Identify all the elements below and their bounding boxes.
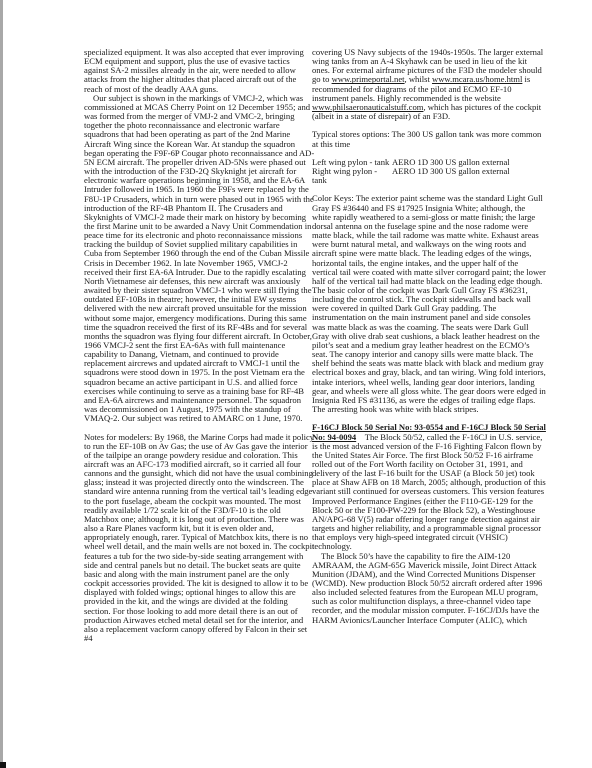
stores-intro: Typical stores options: The 300 US gallo… [312, 130, 546, 148]
paragraph-modeler-notes: Notes for modelers: By 1968, the Marine … [84, 433, 316, 644]
paragraph-color-keys: Color Keys: The exterior paint scheme wa… [312, 194, 546, 414]
stores-location: Right wing pylon - tank [312, 167, 392, 185]
paragraph-references: covering US Navy subjects of the 1940s-1… [312, 48, 546, 121]
right-column: covering US Navy subjects of the 1940s-1… [312, 48, 546, 625]
scan-corner-mark [0, 762, 6, 768]
paragraph-ecm-context: specialized equipment. It was also accep… [84, 48, 316, 94]
paragraph-f16: F-16CJ Block 50 Serial No: 93-0554 and F… [312, 423, 546, 551]
paragraph-f16-block50: The Block 50’s have the capability to fi… [312, 552, 546, 625]
stores-item: AERO 1D 300 US gallon external [392, 167, 546, 185]
paragraph-vmcj2-history: Our subject is shown in the markings of … [84, 94, 316, 424]
stores-row: Right wing pylon - tank AERO 1D 300 US g… [312, 167, 546, 185]
left-column: specialized equipment. It was also accep… [84, 48, 316, 643]
scan-left-border [0, 0, 3, 768]
